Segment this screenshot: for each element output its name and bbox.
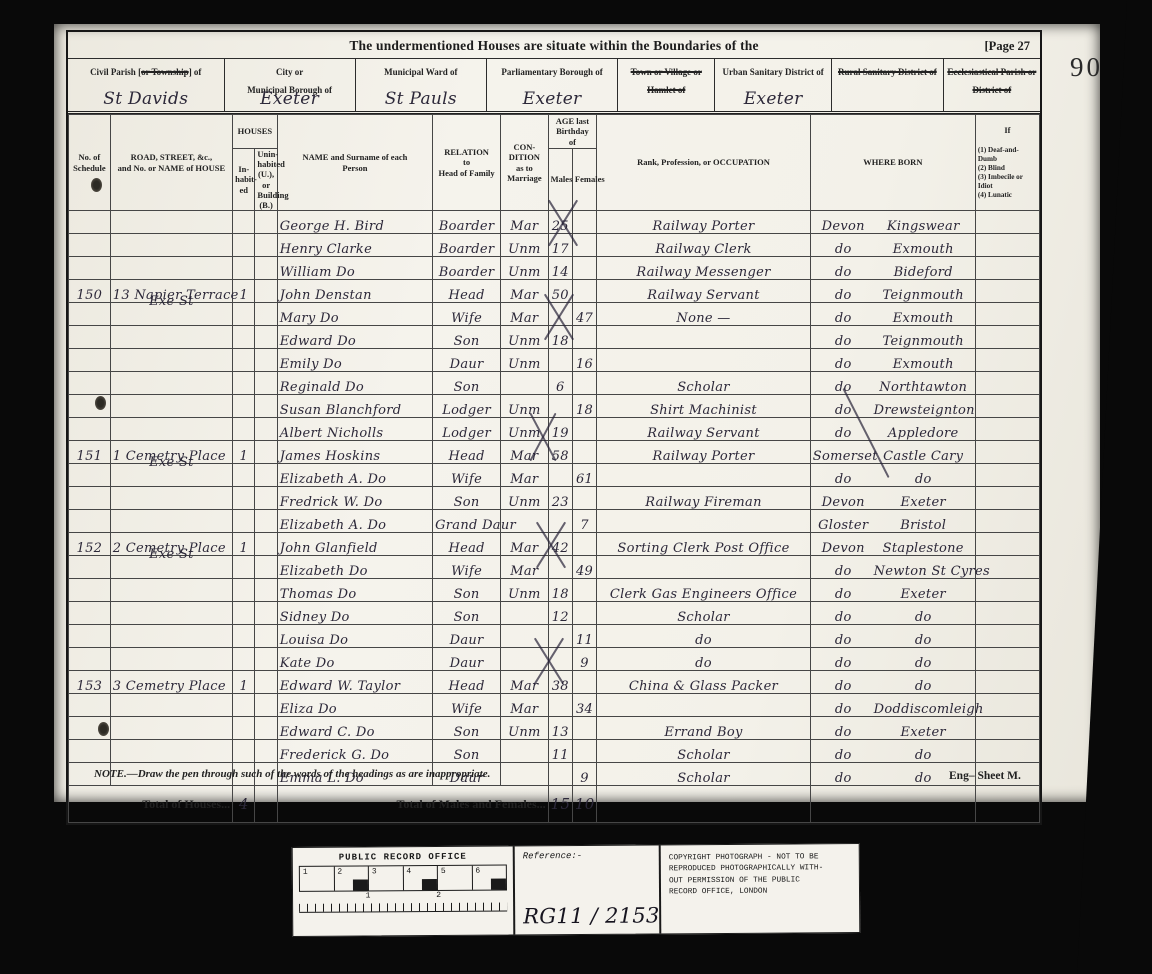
houses-inhabited — [233, 349, 255, 372]
relation: Son — [433, 579, 501, 602]
occupation: Scholar — [597, 740, 811, 763]
born-county: do — [813, 588, 874, 601]
town-village-box: Town or Village or Hamlet of — [617, 59, 714, 111]
houses-uninhabited — [255, 671, 277, 694]
borough-value: Exeter — [260, 89, 319, 109]
born-county: Devon — [813, 220, 874, 233]
col-houses: HOUSES — [233, 115, 278, 149]
where-born: do Doddiscomleigh — [810, 694, 975, 717]
person-name: Elizabeth A. Do — [277, 510, 432, 533]
houses-inhabited — [233, 234, 255, 257]
where-born: do Northtawton — [810, 372, 975, 395]
schedule-number — [69, 579, 111, 602]
rural-sanitary-box: Rural Sanitary District of — [831, 59, 943, 111]
form-title-row: The undermentioned Houses are situate wi… — [68, 32, 1040, 58]
relation: Wife — [433, 694, 501, 717]
age-male: 23 — [548, 487, 572, 510]
pro-ruler: 1 2 — [299, 892, 507, 912]
schedule-number: 152 — [69, 533, 111, 556]
age-female — [572, 326, 596, 349]
houses-inhabited: 1 — [233, 671, 255, 694]
relation: Wife — [433, 303, 501, 326]
infirmity — [975, 556, 1039, 579]
houses-uninhabited — [255, 487, 277, 510]
occupation: do — [597, 625, 811, 648]
houses-uninhabited — [255, 372, 277, 395]
houses-inhabited — [233, 418, 255, 441]
born-county: Somerset — [813, 450, 874, 463]
houses-inhabited — [233, 579, 255, 602]
urban-sanitary-label: Urban Sanitary District of — [723, 67, 824, 77]
schedule-number — [69, 648, 111, 671]
born-place: Appledore — [874, 427, 973, 440]
age-male: 14 — [548, 257, 572, 280]
person-name: John Denstan — [277, 280, 432, 303]
houses-uninhabited — [255, 717, 277, 740]
where-born: Devon Staplestone — [810, 533, 975, 556]
road-name — [110, 648, 232, 671]
age-male: 12 — [548, 602, 572, 625]
total-females: 10 — [572, 786, 596, 823]
person-name: William Do — [277, 257, 432, 280]
infirmity — [975, 625, 1039, 648]
total-mf-label: Total of Males and Females... — [277, 786, 548, 823]
age-female — [572, 418, 596, 441]
age-female: 11 — [572, 625, 596, 648]
houses-uninhabited — [255, 211, 277, 234]
schedule-number — [69, 372, 111, 395]
table-row: 150 13 Napier TerraceExe St 1 John Denst… — [69, 280, 1040, 303]
infirmity — [975, 257, 1039, 280]
houses-inhabited — [233, 648, 255, 671]
where-born: do Exeter — [810, 579, 975, 602]
age-female: 16 — [572, 349, 596, 372]
table-row: Fredrick W. Do Son Unm 23 Railway Firema… — [69, 487, 1040, 510]
condition: Mar — [501, 303, 549, 326]
occupation: None — — [597, 303, 811, 326]
road-name — [110, 395, 232, 418]
condition — [501, 625, 549, 648]
road-name: 1 Cemetry PlaceExe St — [110, 441, 232, 464]
age-male — [548, 694, 572, 717]
schedule-number — [69, 694, 111, 717]
condition: Mar — [501, 464, 549, 487]
relation: Daur — [433, 349, 501, 372]
occupation — [597, 464, 811, 487]
schedule-number: 151 — [69, 441, 111, 464]
born-county: do — [813, 473, 874, 486]
town-village-label: Town or Village or Hamlet of — [631, 67, 702, 95]
where-born: Devon Kingswear — [810, 211, 975, 234]
road-name — [110, 418, 232, 441]
age-male: 18 — [548, 579, 572, 602]
born-place: Exeter — [874, 726, 973, 739]
person-name: Emily Do — [277, 349, 432, 372]
occupation: Shirt Machinist — [597, 395, 811, 418]
schedule-number — [69, 349, 111, 372]
person-name: Elizabeth Do — [277, 556, 432, 579]
houses-inhabited — [233, 303, 255, 326]
table-row: Frederick G. Do Son 11 Scholar do do — [69, 740, 1040, 763]
where-born: do Teignmouth — [810, 280, 975, 303]
schedule-number — [69, 211, 111, 234]
born-place: do — [874, 634, 973, 647]
infirmity — [975, 717, 1039, 740]
table-row: Eliza Do Wife Mar 34 do Doddiscomleigh — [69, 694, 1040, 717]
houses-uninhabited — [255, 441, 277, 464]
col-name: NAME and Surname of each Person — [277, 115, 432, 211]
age-female: 9 — [572, 763, 596, 786]
born-county: do — [813, 266, 874, 279]
infirmity — [975, 349, 1039, 372]
infirmity — [975, 694, 1039, 717]
person-name: Sidney Do — [277, 602, 432, 625]
condition: Unm — [501, 717, 549, 740]
houses-uninhabited — [255, 349, 277, 372]
ink-stain — [95, 396, 106, 410]
born-place: Doddiscomleigh — [874, 703, 973, 716]
table-row: Elizabeth A. Do Grand Daur 7 Gloster Bri… — [69, 510, 1040, 533]
occupation: China & Glass Packer — [597, 671, 811, 694]
houses-uninhabited — [255, 464, 277, 487]
houses-uninhabited — [255, 418, 277, 441]
pro-reference-section: Reference:- RG11 / 2153 — [515, 845, 662, 934]
infirmity — [975, 602, 1039, 625]
born-place: Drewsteignton — [874, 404, 973, 417]
occupation: Railway Clerk — [597, 234, 811, 257]
census-page-scan: The undermentioned Houses are situate wi… — [54, 24, 1100, 802]
copyright-notice: COPYRIGHT PHOTOGRAPH - NOT TO BE REPRODU… — [661, 844, 860, 933]
pro-scale-row: 1 2 3 4 5 6 — [299, 864, 507, 891]
parliamentary-borough-value: Exeter — [523, 89, 582, 109]
road-name — [110, 211, 232, 234]
road-name: 3 Cemetry Place — [110, 671, 232, 694]
born-county: Devon — [813, 542, 874, 555]
road-name — [110, 326, 232, 349]
total-houses-label: Total of Houses... — [69, 786, 233, 823]
person-name: Elizabeth A. Do — [277, 464, 432, 487]
born-county: Devon — [813, 496, 874, 509]
infirmity — [975, 280, 1039, 303]
road-name — [110, 625, 232, 648]
relation: Son — [433, 740, 501, 763]
col-infirmities: If (1) Deaf-and-Dumb (2) Blind (3) Imbec… — [975, 115, 1039, 211]
relation: Lodger — [433, 395, 501, 418]
houses-inhabited: 1 — [233, 533, 255, 556]
total-males: 15 — [548, 786, 572, 823]
infirmity — [975, 533, 1039, 556]
occupation — [597, 510, 811, 533]
civil-parish-box: Civil Parish [or Township] of St Davids — [68, 59, 224, 111]
born-place: Exeter — [874, 588, 973, 601]
houses-uninhabited — [255, 234, 277, 257]
condition — [501, 372, 549, 395]
where-born: do do — [810, 625, 975, 648]
born-county: do — [813, 243, 874, 256]
pro-scale-section: PUBLIC RECORD OFFICE 1 2 3 4 5 6 1 2 — [293, 846, 516, 936]
houses-uninhabited — [255, 303, 277, 326]
born-county: do — [813, 312, 874, 325]
folio-number: 90 — [1070, 52, 1103, 83]
col-schedule: No. of Schedule — [69, 115, 111, 211]
born-county: do — [813, 611, 874, 624]
age-female — [572, 740, 596, 763]
col-uninhabited: Unin- habited (U.), or Building (B.) — [255, 149, 277, 211]
born-county: do — [813, 358, 874, 371]
infirmity — [975, 740, 1039, 763]
age-female: 9 — [572, 648, 596, 671]
person-name: Fredrick W. Do — [277, 487, 432, 510]
road-name — [110, 579, 232, 602]
where-born: do Newton St Cyres — [810, 556, 975, 579]
occupation: Railway Messenger — [597, 257, 811, 280]
age-male: 13 — [548, 717, 572, 740]
relation: Grand Daur — [433, 510, 501, 533]
person-name: Frederick G. Do — [277, 740, 432, 763]
infirmity — [975, 487, 1039, 510]
condition: Unm — [501, 326, 549, 349]
where-born: do do — [810, 648, 975, 671]
parliamentary-borough-label: Parliamentary Borough of — [501, 67, 602, 77]
born-place: Teignmouth — [874, 289, 973, 302]
occupation: Clerk Gas Engineers Office — [597, 579, 811, 602]
schedule-number: 153 — [69, 671, 111, 694]
urban-sanitary-box: Urban Sanitary District of Exeter — [714, 59, 831, 111]
infirmity — [975, 234, 1039, 257]
schedule-number — [69, 740, 111, 763]
occupation: Errand Boy — [597, 717, 811, 740]
houses-inhabited — [233, 717, 255, 740]
houses-uninhabited — [255, 395, 277, 418]
person-name: Henry Clarke — [277, 234, 432, 257]
road-name — [110, 349, 232, 372]
where-born: do do — [810, 671, 975, 694]
col-males: Males — [548, 149, 572, 211]
pro-reference-strip: PUBLIC RECORD OFFICE 1 2 3 4 5 6 1 2 Ref… — [292, 843, 861, 937]
person-name: Thomas Do — [277, 579, 432, 602]
infirmity — [975, 510, 1039, 533]
age-female — [572, 280, 596, 303]
schedule-number: 150 — [69, 280, 111, 303]
infirmity — [975, 303, 1039, 326]
condition: Unm — [501, 395, 549, 418]
age-female — [572, 671, 596, 694]
age-male — [548, 349, 572, 372]
rural-sanitary-label: Rural Sanitary District of — [838, 67, 937, 77]
born-county: do — [813, 749, 874, 762]
road-name — [110, 740, 232, 763]
ward-value: St Pauls — [385, 89, 457, 109]
houses-inhabited — [233, 556, 255, 579]
infirmity — [975, 211, 1039, 234]
schedule-number — [69, 487, 111, 510]
table-row: Emily Do Daur Unm 16 do Exmouth — [69, 349, 1040, 372]
houses-inhabited — [233, 625, 255, 648]
relation: Son — [433, 372, 501, 395]
road-name: 2 Cemetry PlaceExe St — [110, 533, 232, 556]
relation: Son — [433, 602, 501, 625]
condition — [501, 763, 549, 786]
census-table-header: No. of Schedule ROAD, STREET, &c., and N… — [69, 115, 1040, 211]
born-county: do — [813, 289, 874, 302]
born-place: Bideford — [874, 266, 973, 279]
person-name: Reginald Do — [277, 372, 432, 395]
person-name: Albert Nicholls — [277, 418, 432, 441]
ecclesiastical-parish-box: Ecclesiastical Parish or District of — [943, 59, 1040, 111]
age-female — [572, 487, 596, 510]
age-female: 18 — [572, 395, 596, 418]
relation: Head — [433, 671, 501, 694]
reference-value: RG11 / 2153 — [523, 903, 660, 928]
urban-sanitary-value: Exeter — [744, 89, 803, 109]
age-male: 6 — [548, 372, 572, 395]
table-row: Thomas Do Son Unm 18 Clerk Gas Engineers… — [69, 579, 1040, 602]
relation: Boarder — [433, 257, 501, 280]
road-name — [110, 602, 232, 625]
schedule-number — [69, 602, 111, 625]
infirmity — [975, 441, 1039, 464]
houses-uninhabited — [255, 556, 277, 579]
person-name: Mary Do — [277, 303, 432, 326]
condition: Unm — [501, 234, 549, 257]
person-name: James Hoskins — [277, 441, 432, 464]
born-county: do — [813, 680, 874, 693]
relation: Daur — [433, 648, 501, 671]
schedule-number — [69, 625, 111, 648]
age-female: 7 — [572, 510, 596, 533]
census-rows: George H. Bird Boarder Mar 25 Railway Po… — [69, 211, 1040, 786]
table-row: William Do Boarder Unm 14 Railway Messen… — [69, 257, 1040, 280]
houses-uninhabited — [255, 510, 277, 533]
schedule-number — [69, 326, 111, 349]
where-born: Somerset Castle Cary — [810, 441, 975, 464]
houses-inhabited — [233, 510, 255, 533]
relation: Head — [433, 441, 501, 464]
schedule-number — [69, 556, 111, 579]
road-name — [110, 510, 232, 533]
where-born: do do — [810, 464, 975, 487]
page-marker: [Page 27 — [985, 39, 1030, 54]
houses-uninhabited — [255, 625, 277, 648]
road-name — [110, 717, 232, 740]
col-age: AGE last Birthday of — [548, 115, 597, 149]
occupation: Scholar — [597, 372, 811, 395]
ward-label: Municipal Ward of — [384, 67, 457, 77]
houses-uninhabited — [255, 257, 277, 280]
relation: Boarder — [433, 234, 501, 257]
where-born: do Exeter — [810, 717, 975, 740]
parliamentary-borough-box: Parliamentary Borough of Exeter — [486, 59, 617, 111]
age-female — [572, 211, 596, 234]
table-row: Edward C. Do Son Unm 13 Errand Boy do Ex… — [69, 717, 1040, 740]
relation: Wife — [433, 556, 501, 579]
table-row: Edward Do Son Unm 18 do Teignmouth — [69, 326, 1040, 349]
born-county: do — [813, 657, 874, 670]
born-place: Teignmouth — [874, 335, 973, 348]
col-relation: RELATION to Head of Family — [433, 115, 501, 211]
born-place: Newton St Cyres — [874, 565, 973, 578]
age-female: 61 — [572, 464, 596, 487]
where-born: Devon Exeter — [810, 487, 975, 510]
col-born: WHERE BORN — [810, 115, 975, 211]
age-female — [572, 533, 596, 556]
condition: Mar — [501, 280, 549, 303]
condition: Mar — [501, 441, 549, 464]
road-name — [110, 694, 232, 717]
person-name: Edward C. Do — [277, 717, 432, 740]
houses-uninhabited — [255, 533, 277, 556]
where-born: do Drewsteignton — [810, 395, 975, 418]
age-male — [548, 464, 572, 487]
age-female — [572, 441, 596, 464]
where-born: do Appledore — [810, 418, 975, 441]
infirmity — [975, 418, 1039, 441]
where-born: do Bideford — [810, 257, 975, 280]
schedule-number — [69, 418, 111, 441]
civil-parish-label: Civil Parish [or Township] of — [90, 67, 201, 77]
born-county: do — [813, 634, 874, 647]
ward-box: Municipal Ward of St Pauls — [355, 59, 486, 111]
condition — [501, 602, 549, 625]
born-place: Staplestone — [874, 542, 973, 555]
condition: Mar — [501, 694, 549, 717]
houses-uninhabited — [255, 579, 277, 602]
table-row: Louisa Do Daur 11 do do do — [69, 625, 1040, 648]
person-name: Susan Blanchford — [277, 395, 432, 418]
age-female: 49 — [572, 556, 596, 579]
footer-note: NOTE.—Draw the pen through such of the w… — [94, 768, 490, 780]
infirmity — [975, 395, 1039, 418]
houses-uninhabited — [255, 602, 277, 625]
relation: Head — [433, 280, 501, 303]
houses-uninhabited — [255, 648, 277, 671]
schedule-number — [69, 510, 111, 533]
born-county: do — [813, 772, 874, 785]
occupation — [597, 326, 811, 349]
person-name: John Glanfield — [277, 533, 432, 556]
occupation — [597, 694, 811, 717]
census-form: The undermentioned Houses are situate wi… — [66, 30, 1042, 825]
age-female — [572, 579, 596, 602]
born-place: Exmouth — [874, 243, 973, 256]
relation: Son — [433, 717, 501, 740]
sheet-mark: Eng– Sheet M. — [949, 770, 1021, 782]
condition: Unm — [501, 579, 549, 602]
occupation: Sorting Clerk Post Office — [597, 533, 811, 556]
relation: Son — [433, 487, 501, 510]
age-female: 47 — [572, 303, 596, 326]
born-place: Kingswear — [874, 220, 973, 233]
road-name: 13 Napier TerraceExe St — [110, 280, 232, 303]
road-name — [110, 257, 232, 280]
where-born: do Exmouth — [810, 349, 975, 372]
infirmity — [975, 464, 1039, 487]
occupation — [597, 349, 811, 372]
infirmity — [975, 648, 1039, 671]
born-place: do — [874, 657, 973, 670]
relation: Daur — [433, 625, 501, 648]
infirmity — [975, 326, 1039, 349]
table-row: Reginald Do Son 6 Scholar do Northtawton — [69, 372, 1040, 395]
schedule-number — [69, 257, 111, 280]
table-row: 153 3 Cemetry Place 1 Edward W. Taylor H… — [69, 671, 1040, 694]
houses-uninhabited — [255, 740, 277, 763]
houses-uninhabited — [255, 326, 277, 349]
houses-inhabited — [233, 257, 255, 280]
born-place: Exeter — [874, 496, 973, 509]
condition — [501, 740, 549, 763]
location-header-row: Civil Parish [or Township] of St Davids … — [68, 58, 1040, 114]
